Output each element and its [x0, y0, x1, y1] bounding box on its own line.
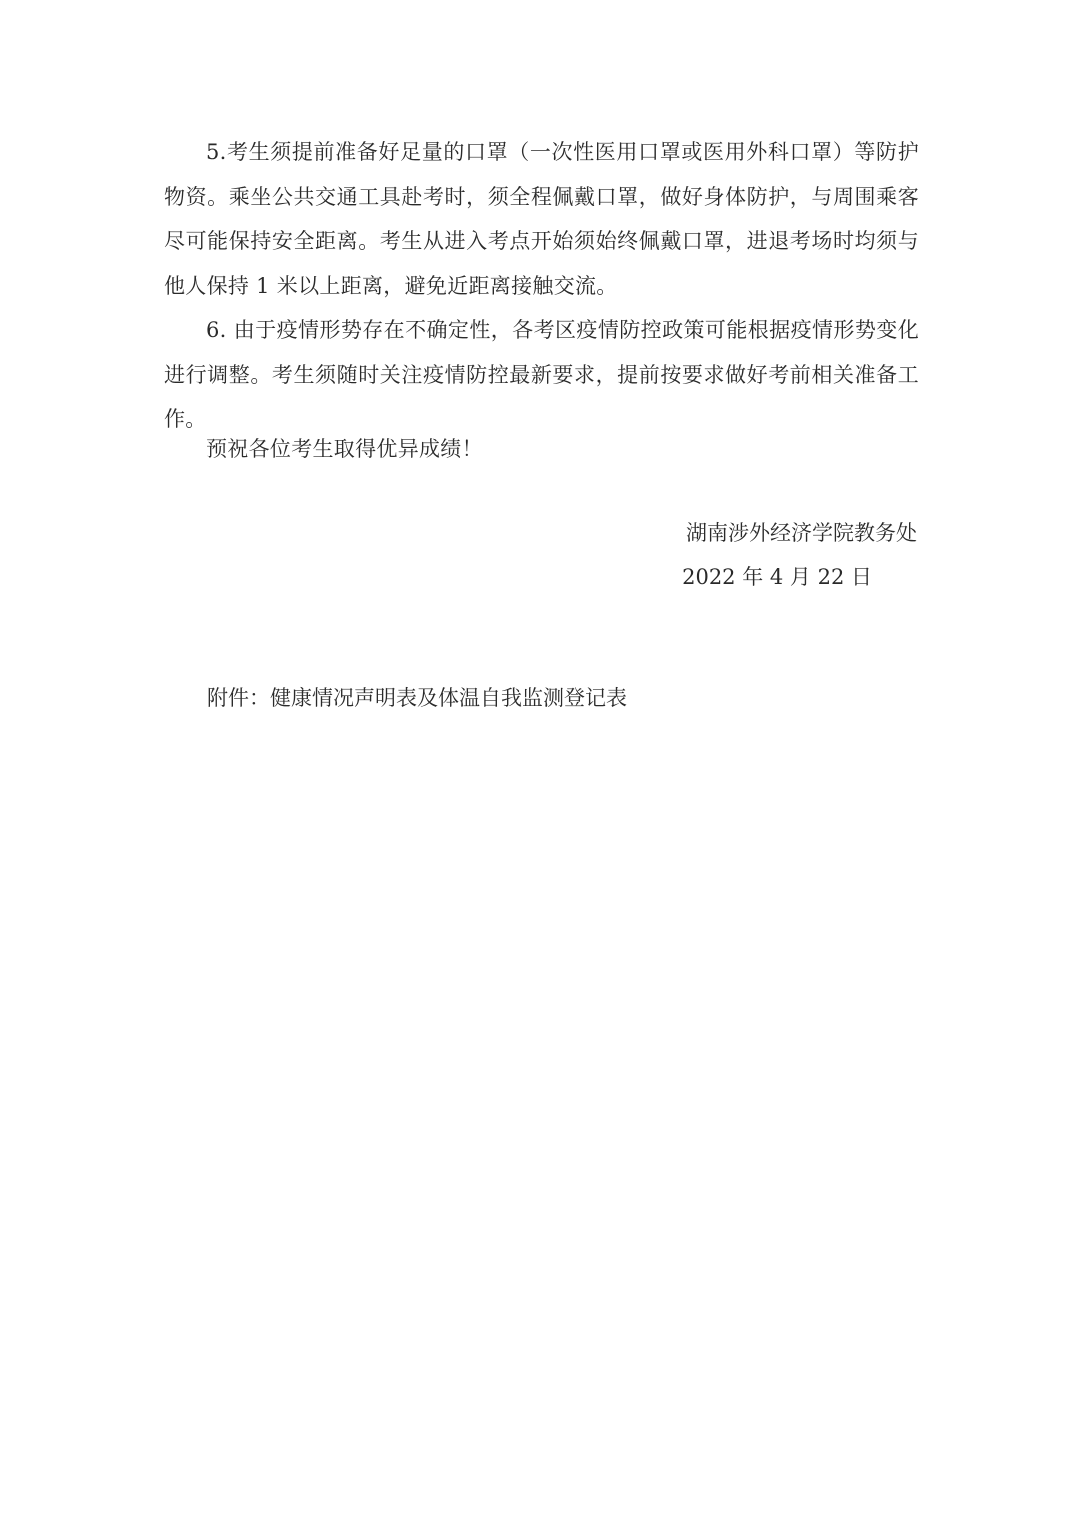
- attachment-note: 附件：健康情况声明表及体温自我监测登记表: [207, 683, 627, 713]
- paragraph-item-6: 6. 由于疫情形势存在不确定性，各考区疫情防控政策可能根据疫情形势变化进行调整。…: [164, 308, 919, 442]
- closing-wish: 预祝各位考生取得优异成绩！: [164, 427, 919, 472]
- signature-date: 2022 年 4 月 22 日: [682, 562, 872, 592]
- paragraph-item-5: 5.考生须提前准备好足量的口罩（一次性医用口罩或医用外科口罩）等防护物资。乘坐公…: [164, 130, 919, 308]
- document-page: 5.考生须提前准备好足量的口罩（一次性医用口罩或医用外科口罩）等防护物资。乘坐公…: [0, 0, 1080, 1527]
- signature-organization: 湖南涉外经济学院教务处: [686, 518, 917, 548]
